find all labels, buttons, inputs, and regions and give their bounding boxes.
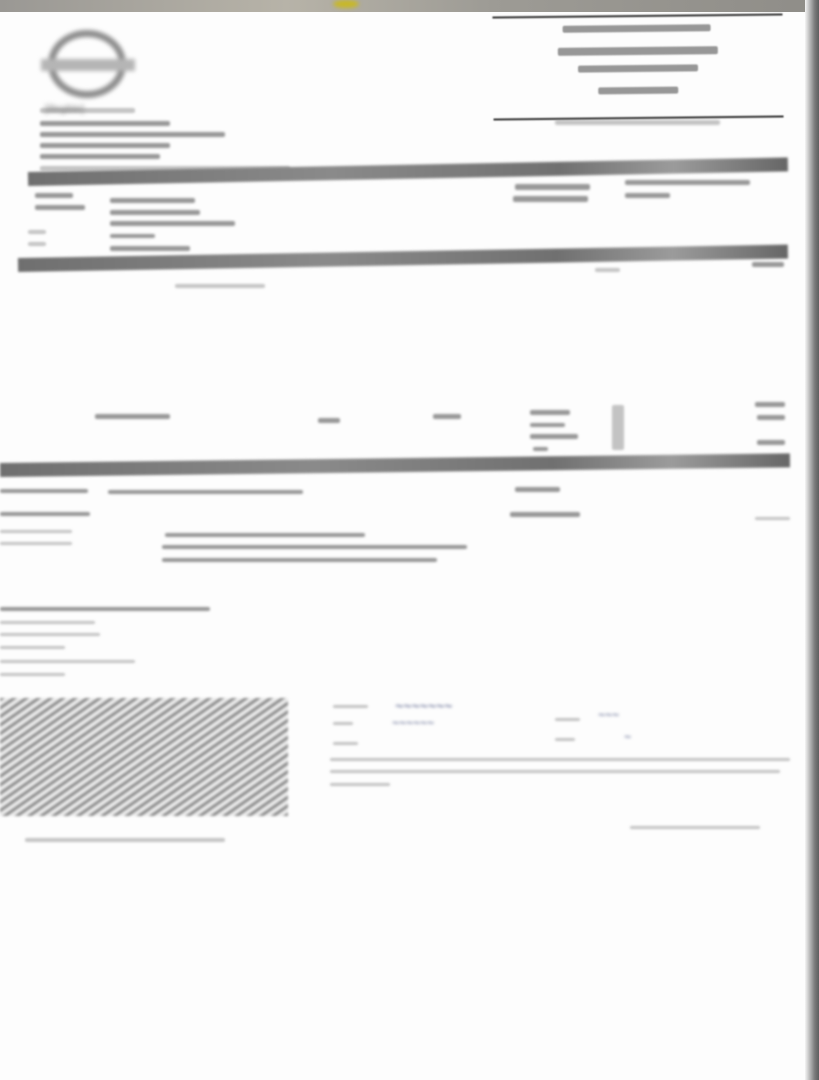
column-label [752,262,784,267]
stamp-block [0,698,288,816]
paper-edge-shadow [805,0,819,1080]
company-line: [illegible] [45,104,84,115]
background-object [333,0,359,8]
column-label [595,268,620,272]
company-logo [48,30,126,98]
below-box-line [555,120,720,125]
column-label [175,284,265,288]
signature: ~~~ [598,708,619,722]
signature: ~~~~~~~ [395,698,452,714]
invoice-info-box [492,13,783,120]
stamp-caption [25,838,225,842]
totals-band [0,453,790,477]
signature: ~ [624,730,631,744]
photo-background-top [0,0,819,12]
signature: ~~~~~~ [392,716,434,730]
